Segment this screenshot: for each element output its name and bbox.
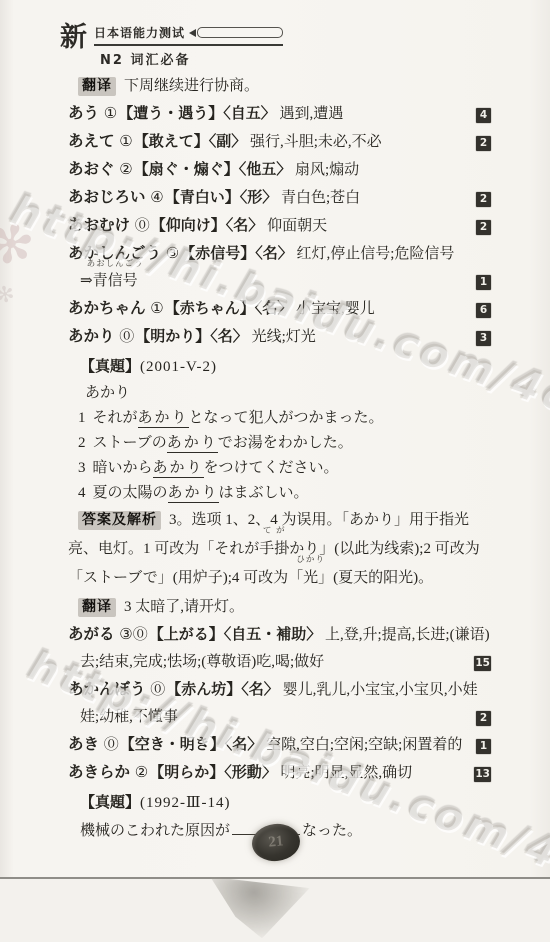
option-number: 3 <box>78 460 86 476</box>
book-header: 新 日本语能力测试 N2 词汇必备 <box>60 22 283 68</box>
brand-line1: 日本语能力测试 <box>94 22 283 46</box>
entry-meaning: 红灯,停止信号;危险信号 <box>297 246 455 262</box>
entry-accent: ③⓪ <box>119 627 147 643</box>
option-underlined-word: あかり <box>153 460 204 478</box>
entry-meaning: 空隙,空白;空闲;空缺;闲置着的 <box>266 737 462 753</box>
translation-label: 翻译 <box>78 77 116 96</box>
entry-kanji: 【青白い】 <box>165 190 240 206</box>
option-text: 暗いから <box>93 460 153 476</box>
entry-accent: ① <box>150 301 163 317</box>
entry-accent: ② <box>119 162 132 178</box>
analysis-label: 答案及解析 <box>78 511 161 530</box>
crossref-word: 青信号あおしんごう <box>93 268 138 295</box>
vocab-entry: あえて ①【敢えて】〈副〉 强行,斗胆;未必,不必 2 <box>68 128 494 156</box>
brand-line2: N2 词汇必备 <box>94 46 283 68</box>
option-underlined-word: あかり <box>138 410 189 428</box>
quiz-title: 【真題】 <box>80 359 140 375</box>
brand-prefix: 新 <box>60 22 87 54</box>
entry-meaning: 扇风;煽动 <box>295 162 359 178</box>
translation-text: 3 太暗了,请开灯。 <box>124 599 244 615</box>
entry-meaning: 青白色;苍白 <box>281 190 360 206</box>
crossref-arrow: ⇒ <box>80 273 93 289</box>
entry-word: あかり <box>68 327 115 345</box>
entry-meaning: 光线;灯光 <box>252 329 316 345</box>
frequency-badge: 1 <box>476 739 491 754</box>
option-text: となって犯人がつかまった。 <box>189 410 384 426</box>
frequency-badge: 2 <box>476 136 491 151</box>
entry-kanji: 【空き・明き】 <box>120 737 225 753</box>
entry-pos: 〈自五・補助〉 <box>224 627 322 643</box>
frequency-badge: 15 <box>474 656 491 671</box>
entry-accent: ② <box>135 765 148 781</box>
ruby-base: 手掛 <box>259 541 289 557</box>
entry-accent: ③ <box>166 246 179 262</box>
entry-accent: ① <box>104 106 117 122</box>
quiz-code: (2001-V-2) <box>140 359 217 375</box>
vocab-entry: あおぐ ②【扇ぐ・煽ぐ】〈他五〉 扇风;煽动 <box>68 156 494 184</box>
frequency-badge: 6 <box>476 303 491 318</box>
frequency-badge: 1 <box>476 275 491 290</box>
entry-word: あおむけ <box>68 216 130 234</box>
entry-kanji: 【明かり】 <box>135 329 210 345</box>
entry-accent: ① <box>119 134 132 150</box>
entry-pos: 〈名〉 <box>255 246 293 262</box>
option-text: ストーブの <box>93 435 167 451</box>
frequency-badge: 2 <box>476 192 491 207</box>
ruby-text: ひかり <box>296 556 325 565</box>
vocab-entry: あおじろい ④【青白い】〈形〉 青白色;苍白 2 <box>68 184 494 212</box>
entry-word: あえて <box>68 132 115 150</box>
entry-word: あがる <box>68 625 115 643</box>
entry-accent: ⓪ <box>135 218 150 234</box>
entry-word: あかちゃん <box>68 299 146 317</box>
frequency-badge: 3 <box>476 331 491 346</box>
quiz-option: 1それがあかりとなって犯人がつかまった。 <box>78 406 494 431</box>
entry-kanji: 【仰向け】 <box>151 218 226 234</box>
ruby-tegakari: 手掛て が <box>259 535 289 564</box>
entry-accent: ⓪ <box>104 737 119 753</box>
frequency-badge: 13 <box>474 767 491 782</box>
translation-block: 翻译3 太暗了,请开灯。 <box>78 593 494 621</box>
tab-outline-shape <box>197 27 283 38</box>
brand-block: 日本语能力测试 N2 词汇必备 <box>94 22 283 68</box>
frequency-badge: 2 <box>476 220 491 235</box>
option-text: 夏の太陽の <box>93 485 168 501</box>
flower-stamp-decoration: ✻ <box>0 213 39 276</box>
vocab-entry: あかしんごう ③【赤信号】〈名〉 红灯,停止信号;危险信号 ⇒青信号あおしんごう… <box>68 240 494 295</box>
page-edge-line <box>0 877 550 879</box>
entry-meaning: 明亮;明显,显然,确切 <box>281 765 413 781</box>
option-number: 1 <box>78 410 86 426</box>
translation-text: 下周继续进行协商。 <box>124 78 259 94</box>
option-text: はまぶしい。 <box>219 485 309 501</box>
option-number: 4 <box>78 485 86 501</box>
entry-accent: ⓪ <box>119 329 134 345</box>
entry-pos: 〈名〉 <box>255 301 293 317</box>
entry-word: あきらか <box>68 763 130 781</box>
sentence-text: なった。 <box>302 823 362 839</box>
ruby-text: て が <box>263 527 286 536</box>
translation-block: 翻译下周继续进行协商。 <box>78 72 494 100</box>
entry-meaning: 强行,斗胆;未必,不必 <box>250 134 382 150</box>
frequency-badge: 4 <box>476 108 491 123</box>
sentence-text: 機械のこわれた原因が <box>80 823 230 839</box>
entry-pos: 〈形〉 <box>240 190 278 206</box>
page-number: 21 <box>268 833 285 851</box>
quiz-option: 4夏の太陽のあかりはまぶしい。 <box>78 481 494 506</box>
entry-kanji: 【敢えて】 <box>134 134 209 150</box>
entry-kanji: 【遭う・遇う】 <box>118 106 223 122</box>
entry-pos: 〈名〉 <box>226 218 264 234</box>
entry-kanji: 【赤ん坊】 <box>166 682 241 698</box>
brand-title: 日本语能力测试 <box>94 24 185 41</box>
frequency-badge: 2 <box>476 711 491 726</box>
quiz-target-word: あかり <box>85 380 494 406</box>
vocab-entry: あき ⓪【空き・明き】〈名〉 空隙,空白;空闲;空缺;闲置着的 1 <box>68 731 494 759</box>
vocab-entry: あがる ③⓪【上がる】〈自五・補助〉 上,登,升;提高,长进;(谦语)去;结束,… <box>68 621 494 676</box>
quiz-title: 【真題】 <box>80 795 140 811</box>
ruby-hikari: 光ひかり <box>303 564 318 593</box>
option-number: 2 <box>78 435 86 451</box>
entry-word: あおぐ <box>68 160 115 178</box>
entry-word: あおじろい <box>68 188 146 206</box>
entry-word: あき <box>68 735 99 753</box>
entry-meaning: 遇到,遭遇 <box>280 106 344 122</box>
option-text: をつけてください。 <box>204 460 339 476</box>
entry-kanji: 【上がる】 <box>149 627 224 643</box>
left-arrow-icon <box>189 29 196 37</box>
entry-kanji: 【赤ちゃん】 <box>165 301 255 317</box>
entry-pos: 〈名〉 <box>210 329 248 345</box>
vocab-entry: あかり ⓪【明かり】〈名〉 光线;灯光 3 <box>68 323 494 351</box>
entry-pos: 〈形動〉 <box>224 765 277 781</box>
quiz-option: 2ストーブのあかりでお湯をわかした。 <box>78 431 494 456</box>
entry-pos: 〈副〉 <box>209 134 247 150</box>
ruby-text: あおしんごう <box>87 260 144 269</box>
scanned-page: http://hi.baidu.com/4everfly/ http://hi.… <box>0 0 550 942</box>
vocab-entry: あかんぼう ⓪【赤ん坊】〈名〉 婴儿,乳儿,小宝宝,小宝贝,小娃娃;幼稚,不懂事… <box>68 676 494 731</box>
analysis-paragraph: 答案及解析3。选项 1、2、4 为误用。「あかり」用于指光亮、电灯。1 可改为「… <box>68 506 494 593</box>
quiz-header: 【真題】(1992-Ⅲ-14) <box>80 790 494 816</box>
entry-word: あかんぼう <box>68 680 146 698</box>
vocab-entry: あきらか ②【明らか】〈形動〉 明亮;明显,显然,确切 13 <box>68 759 494 787</box>
quiz-code: (1992-Ⅲ-14) <box>140 795 230 811</box>
analysis-text: 」(夏天的阳光)。 <box>318 570 433 586</box>
entry-meaning: 仰面朝天 <box>267 218 327 234</box>
entry-kanji: 【赤信号】 <box>180 246 255 262</box>
translation-label: 翻译 <box>78 598 116 617</box>
page-body: 翻译下周继续进行协商。 あう ①【遭う・遇う】〈自五〉 遇到,遭遇 4 あえて … <box>68 72 494 845</box>
ruby-base: 光 <box>303 570 318 586</box>
entry-crossref: ⇒青信号あおしんごう <box>80 268 492 295</box>
entry-pos: 〈名〉 <box>241 682 279 698</box>
vocab-entry: あかちゃん ①【赤ちゃん】〈名〉 小宝宝,婴儿 6 <box>68 295 494 323</box>
ruby-base: 青信号 <box>93 273 138 289</box>
option-underlined-word: あかり <box>168 485 219 503</box>
vocab-entry: あおむけ ⓪【仰向け】〈名〉 仰面朝天 2 <box>68 212 494 240</box>
entry-pos: 〈自五〉 <box>223 106 276 122</box>
entry-pos: 〈名〉 <box>225 737 263 753</box>
entry-word: あう <box>68 104 99 122</box>
option-text: それが <box>93 410 138 426</box>
vocab-entry: あう ①【遭う・遇う】〈自五〉 遇到,遭遇 4 <box>68 100 494 128</box>
quiz-option: 3暗いからあかりをつけてください。 <box>78 456 494 481</box>
option-underlined-word: あかり <box>167 435 218 453</box>
entry-kanji: 【扇ぐ・煽ぐ】 <box>134 162 239 178</box>
entry-kanji: 【明らか】 <box>149 765 224 781</box>
entry-pos: 〈他五〉 <box>239 162 292 178</box>
option-text: でお湯をわかした。 <box>218 435 353 451</box>
entry-meaning: 小宝宝,婴儿 <box>296 301 375 317</box>
flower-stamp-decoration: ✻ <box>0 283 16 308</box>
quiz-header: 【真題】(2001-V-2) <box>80 354 494 380</box>
entry-accent: ⓪ <box>150 682 165 698</box>
entry-accent: ④ <box>150 190 163 206</box>
